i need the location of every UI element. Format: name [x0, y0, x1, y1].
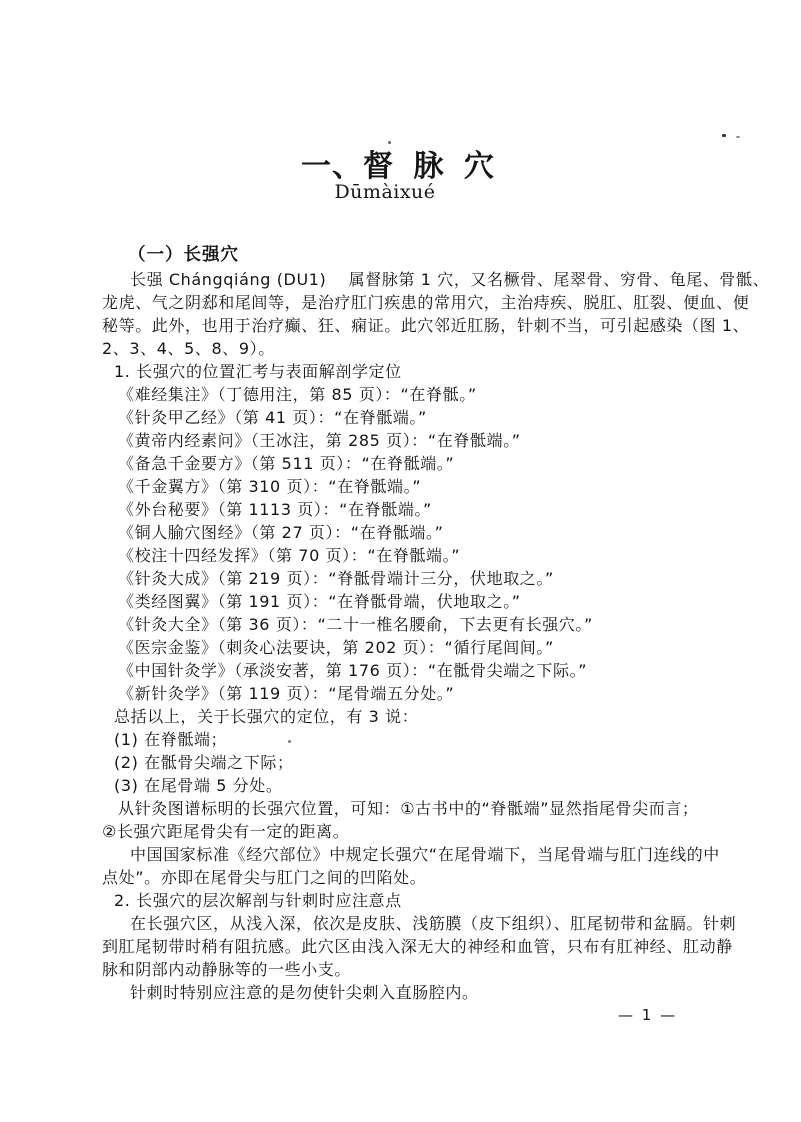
body-text-line: 《针灸大全》（第 36 页）：“二十一椎名腰俞，下去更有长强穴。”: [102, 613, 742, 636]
book-page: 一、督 脉 穴 Dūmàixué （一）长强穴 长强 Chángqiáng (D…: [0, 0, 801, 1122]
scan-speck: [722, 134, 726, 137]
body-text-line: 《校注十四经发挥》（第 70 页）：“在脊骶端。”: [102, 544, 742, 567]
body-text-line: (3) 在尾骨端 5 分处。: [102, 774, 742, 797]
body-text-line: 《铜人腧穴图经》（第 27 页）：“在脊骶端。”: [102, 521, 742, 544]
body-text-block: 长强 Chángqiáng (DU1) 属督脉第 1 穴，又名橛骨、尾翠骨、穷骨…: [102, 268, 742, 1004]
page-number: — 1 —: [618, 1006, 677, 1024]
body-text-line: 《针灸大成》（第 219 页）：“脊骶骨端计三分，伏地取之。”: [102, 567, 742, 590]
body-text-line: 《医宗金鉴》（刺灸心法要诀，第 202 页）：“循行尾闾间。”: [102, 636, 742, 659]
body-text-line: 脉和阴部内动静脉等的一些小支。: [102, 958, 742, 981]
body-text-line: 龙虎、气之阴郄和尾闾等，是治疗肛门疾患的常用穴，主治痔疾、脱肛、肛裂、便血、便: [102, 291, 742, 314]
body-text-line: 《难经集注》（丁德用注，第 85 页）：“在脊骶。”: [102, 383, 742, 406]
body-text-line: 《备急千金要方》（第 511 页）：“在脊骶端。”: [102, 452, 742, 475]
body-text-line: 《类经图翼》（第 191 页）：“在脊骶骨端，伏地取之。”: [102, 590, 742, 613]
body-text-line: 点处”。亦即在尾骨尖与肛门之间的凹陷处。: [102, 866, 742, 889]
body-text-line: 中国国家标准《经穴部位》中规定长强穴“在尾骨端下，当尾骨端与肛门连线的中: [102, 843, 742, 866]
body-text-line: 1. 长强穴的位置汇考与表面解剖学定位: [102, 360, 742, 383]
body-text-line: 在长强穴区，从浅入深，依次是皮肤、浅筋膜（皮下组织）、肛尾韧带和盆膈。针刺: [102, 912, 742, 935]
chapter-title-pinyin: Dūmàixué: [102, 181, 668, 203]
body-text-line: 总括以上，关于长强穴的定位，有 3 说：: [102, 705, 742, 728]
body-text-line: 《千金翼方》（第 310 页）：“在脊骶端。”: [102, 475, 742, 498]
body-text-line: 针刺时特别应注意的是勿使针尖刺入直肠腔内。: [102, 981, 742, 1004]
body-text-line: 从针灸图谱标明的长强穴位置，可知：①古书中的“脊骶端”显然指尾骨尖而言；: [102, 797, 742, 820]
section-heading: （一）长强穴: [128, 241, 239, 266]
body-text-line: 《新针灸学》（第 119 页）：“尾骨端五分处。”: [102, 682, 742, 705]
body-text-line: 2、3、4、5、8、9）。: [102, 337, 742, 360]
scan-speck: [736, 136, 740, 138]
body-text-line: 到肛尾韧带时稍有阻抗感。此穴区由浅入深无大的神经和血管，只布有肛神经、肛动静: [102, 935, 742, 958]
body-text-line: 《黄帝内经素问》（王冰注，第 285 页）：“在脊骶端。”: [102, 429, 742, 452]
chapter-title: 一、督 脉 穴: [102, 141, 694, 185]
body-text-line: ②长强穴距尾骨尖有一定的距离。: [102, 820, 742, 843]
body-text-line: 长强 Chángqiáng (DU1) 属督脉第 1 穴，又名橛骨、尾翠骨、穷骨…: [102, 268, 742, 291]
body-text-line: (2) 在骶骨尖端之下际；: [102, 751, 742, 774]
body-text-line: 2. 长强穴的层次解剖与针刺时应注意点: [102, 889, 742, 912]
body-text-line: 《中国针灸学》（承淡安著，第 176 页）：“在骶骨尖端之下际。”: [102, 659, 742, 682]
body-text-line: (1) 在脊骶端；: [102, 728, 742, 751]
body-text-line: 《针灸甲乙经》（第 41 页）：“在脊骶端。”: [102, 406, 742, 429]
body-text-line: 《外台秘要》（第 1113 页）：“在脊骶端。”: [102, 498, 742, 521]
body-text-line: 秘等。此外，也用于治疗癫、狂、痫证。此穴邻近肛肠，针刺不当，可引起感染（图 1、: [102, 314, 742, 337]
